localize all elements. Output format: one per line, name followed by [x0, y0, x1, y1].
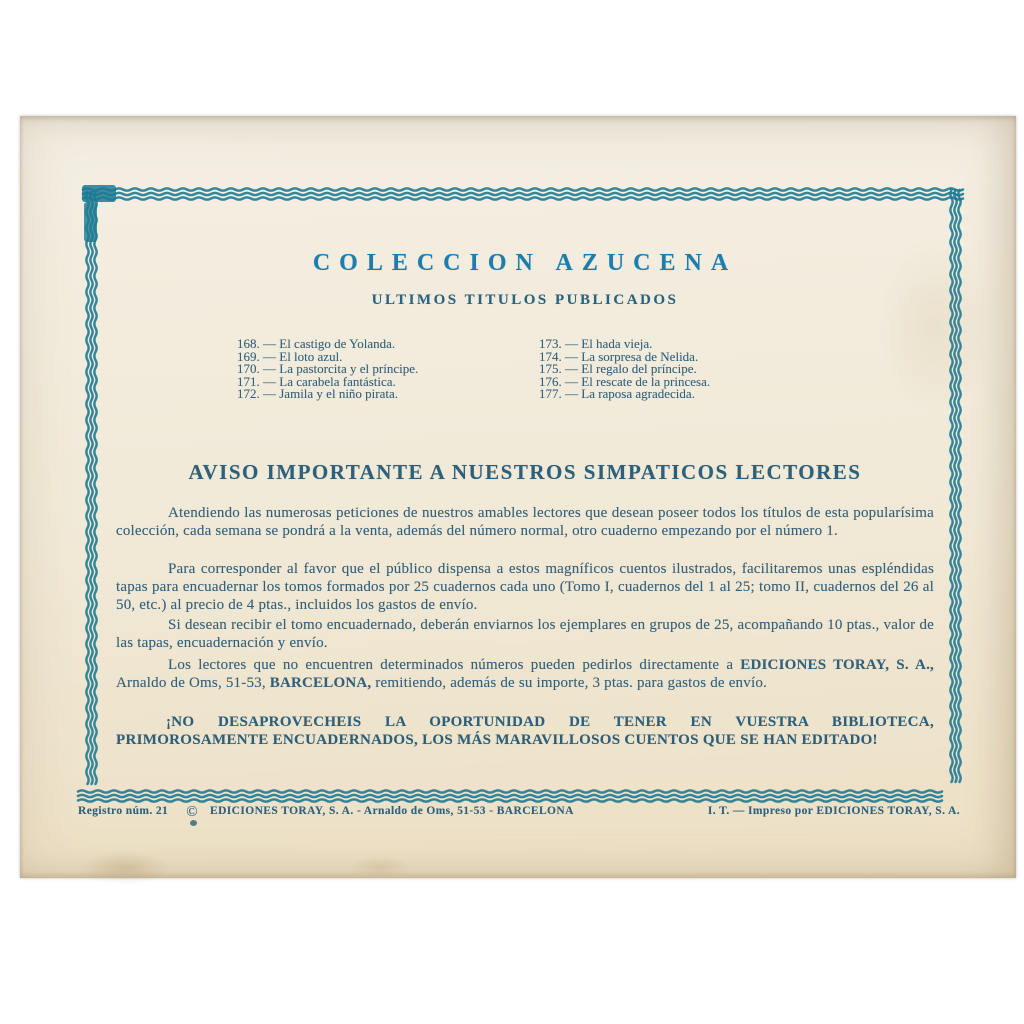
titles-list: 168. — El castigo de Yolanda. 169. — El … [116, 338, 934, 401]
latest-titles-subtitle: ULTIMOS TITULOS PUBLICADOS [116, 292, 934, 309]
paragraph-4-text: Los lectores que no encuentren determina… [168, 657, 740, 673]
collection-title: COLECCION AZUCENA [116, 250, 934, 277]
imprint-right: I. T. — Impreso por EDICIONES TORAY, S. … [708, 805, 960, 817]
printer-imprint: I. T. — Impreso por EDICIONES TORAY, S. … [708, 805, 960, 817]
imprint-line: Registro núm. 21©EDICIONES TORAY, S. A. … [78, 804, 960, 821]
publisher-city: BARCELONA, [270, 675, 372, 691]
notice-paragraph-1: Atendiendo las numerosas peticiones de n… [116, 504, 934, 540]
copyright-icon: © [186, 804, 198, 820]
titles-column-right: 173. — El hada vieja. 174. — La sorpresa… [539, 338, 813, 401]
titles-column-left: 168. — El castigo de Yolanda. 169. — El … [237, 338, 511, 401]
title-list-item: 177. — La raposa agradecida. [539, 388, 813, 401]
publisher-name: EDICIONES TORAY, S. A., [740, 657, 934, 673]
closing-exhortation: ¡NO DESAPROVECHEIS LA OPORTUNIDAD DE TEN… [116, 714, 934, 749]
notice-heading: AVISO IMPORTANTE A NUESTROS SIMPATICOS L… [116, 460, 934, 485]
registry-number: Registro núm. 21 [78, 805, 168, 817]
notice-paragraph-2: Para corresponder al favor que el públic… [116, 560, 934, 614]
paragraph-4-text-end: remitiendo, además de su importe, 3 ptas… [371, 675, 767, 691]
publisher-address: Arnaldo de Oms, 51-53, [116, 675, 270, 691]
imprint-left: Registro núm. 21©EDICIONES TORAY, S. A. … [78, 804, 574, 821]
notice-paragraph-4: Los lectores que no encuentren determina… [116, 656, 934, 692]
notice-paragraph-3: Si desean recibir el tomo encuadernado, … [116, 616, 934, 652]
wavy-border [20, 116, 1016, 878]
publisher-imprint: EDICIONES TORAY, S. A. - Arnaldo de Oms,… [210, 805, 574, 817]
title-list-item: 172. — Jamila y el niño pirata. [237, 388, 511, 401]
scanned-back-cover-page: COLECCION AZUCENA ULTIMOS TITULOS PUBLIC… [20, 116, 1016, 878]
